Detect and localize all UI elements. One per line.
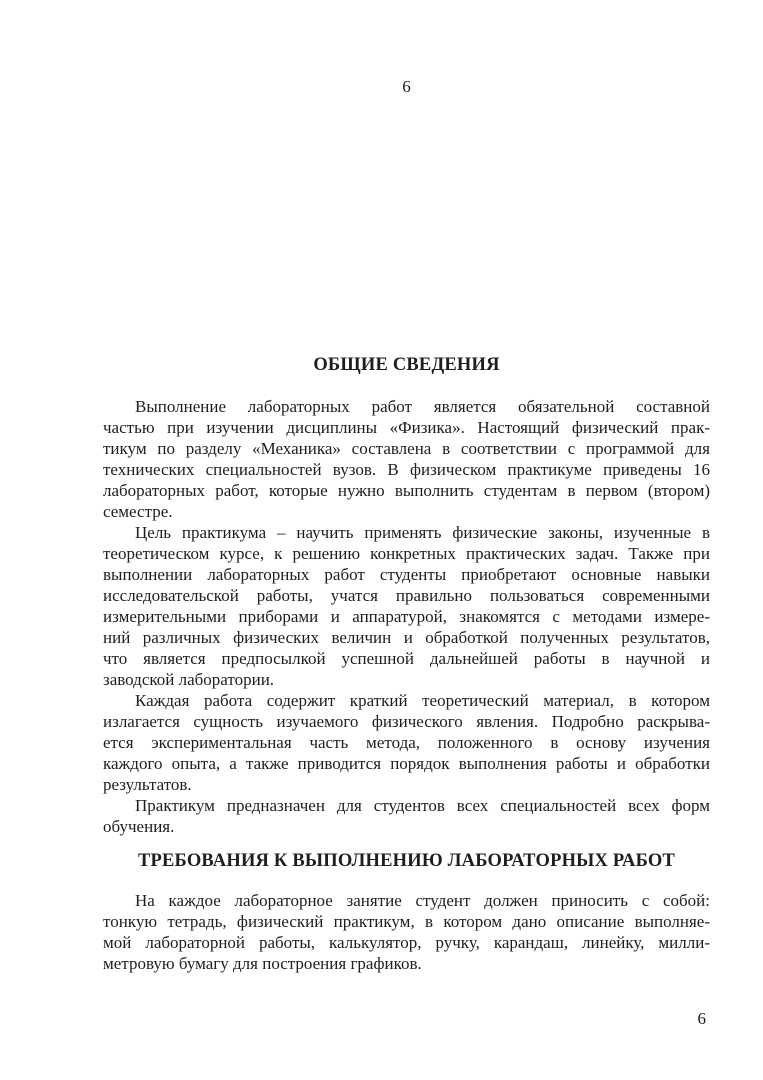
text-line: ется экспериментальная часть метода, пол… xyxy=(103,732,710,753)
text-line: Практикум предназначен для студентов все… xyxy=(103,795,710,816)
text-line: Каждая работа содержит краткий теоретиче… xyxy=(103,690,710,711)
text-column: 6 ОБЩИЕ СВЕДЕНИЯ Выполнение лабораторных… xyxy=(103,0,710,974)
text-line: технических специальностей вузов. В физи… xyxy=(103,459,710,480)
text-line: каждого опыта, а также приводится порядо… xyxy=(103,753,710,774)
text-line: результатов. xyxy=(103,774,710,795)
text-line: тикум по разделу «Механика» составлена в… xyxy=(103,438,710,459)
text-line: исследовательской работы, учатся правиль… xyxy=(103,585,710,606)
text-line: семестре. xyxy=(103,501,710,522)
text-line: выполнении лабораторных работ студенты п… xyxy=(103,564,710,585)
paragraph: Выполнение лабораторных работ является о… xyxy=(103,396,710,522)
text-line: измерительными приборами и аппаратурой, … xyxy=(103,606,710,627)
section-heading-general-info: ОБЩИЕ СВЕДЕНИЯ xyxy=(103,354,710,376)
text-line: теоретическом курсе, к решению конкретны… xyxy=(103,543,710,564)
section2-paragraphs: На каждое лабораторное занятие студент д… xyxy=(103,890,710,974)
text-line: ний различных физических величин и обраб… xyxy=(103,627,710,648)
text-line: излагается сущность изучаемого физическо… xyxy=(103,711,710,732)
text-line: частью при изучении дисциплины «Физика».… xyxy=(103,417,710,438)
text-line: На каждое лабораторное занятие студент д… xyxy=(103,890,710,911)
text-line: лабораторных работ, которые нужно выполн… xyxy=(103,480,710,501)
paragraph: Цель практикума – научить применять физи… xyxy=(103,522,710,690)
text-line: мой лабораторной работы, калькулятор, ру… xyxy=(103,932,710,953)
page-number-bottom: 6 xyxy=(698,1008,707,1029)
paragraph: Практикум предназначен для студентов все… xyxy=(103,795,710,837)
text-line: что является предпосылкой успешной дальн… xyxy=(103,648,710,669)
text-line: заводской лаборатории. xyxy=(103,669,710,690)
paragraph: Каждая работа содержит краткий теоретиче… xyxy=(103,690,710,795)
text-line: Цель практикума – научить применять физи… xyxy=(103,522,710,543)
document-page: 6 ОБЩИЕ СВЕДЕНИЯ Выполнение лабораторных… xyxy=(0,0,763,1080)
page-number-top: 6 xyxy=(103,76,710,97)
text-line: тонкую тетрадь, физический практикум, в … xyxy=(103,911,710,932)
text-line: Выполнение лабораторных работ является о… xyxy=(103,396,710,417)
section-heading-lab-work-requirements: ТРЕБОВАНИЯ К ВЫПОЛНЕНИЮ ЛАБОРАТОРНЫХ РАБ… xyxy=(103,850,710,872)
text-line: обучения. xyxy=(103,816,710,837)
text-line: метровую бумагу для построения графиков. xyxy=(103,953,710,974)
section1-paragraphs: Выполнение лабораторных работ является о… xyxy=(103,396,710,837)
paragraph: На каждое лабораторное занятие студент д… xyxy=(103,890,710,974)
